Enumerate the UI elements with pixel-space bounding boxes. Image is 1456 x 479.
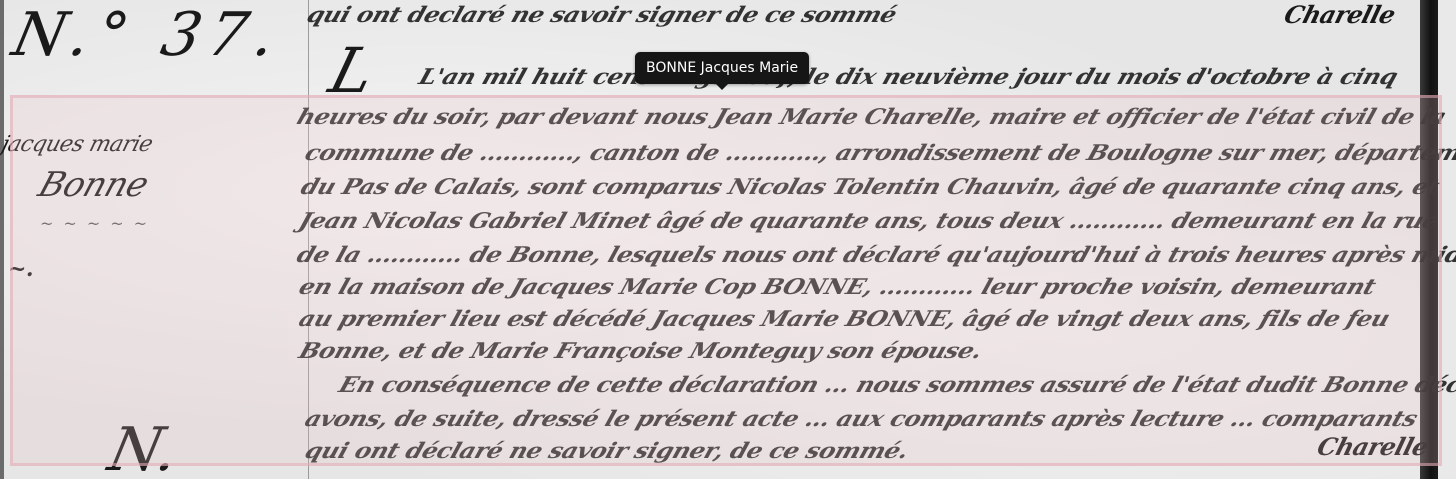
page-edge-left <box>0 0 4 479</box>
body-line: L'an mil huit cent vingt neuf, le dix ne… <box>416 63 1401 89</box>
signature-top: Charelle <box>1281 0 1398 29</box>
body-line: qui ont declaré ne savoir signer de ce s… <box>304 1 900 27</box>
document-viewer: N.° 37. jacques marie Bonne ~~~~~ ~. N. … <box>0 0 1456 479</box>
record-tooltip: BONNE Jacques Marie <box>635 52 809 84</box>
tooltip-arrow <box>716 84 728 90</box>
tooltip-label: BONNE Jacques Marie <box>646 60 798 76</box>
record-highlight-region[interactable] <box>10 95 1442 466</box>
record-number: N.° 37. <box>7 0 290 70</box>
